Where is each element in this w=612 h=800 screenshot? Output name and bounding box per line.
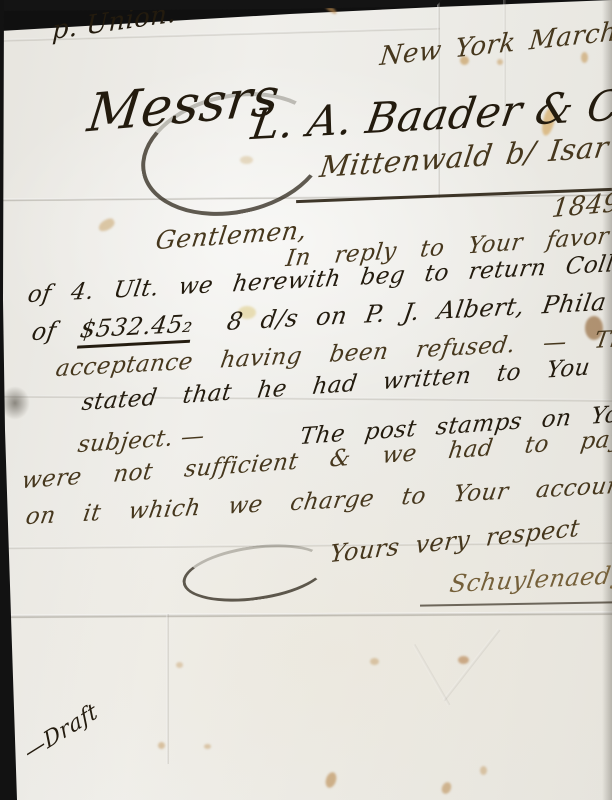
- stain: [458, 656, 469, 664]
- scanned-letter: p. Union. New York March 3. Messrs L. A.…: [0, 0, 612, 800]
- stain: [370, 658, 379, 665]
- address-year: 1849: [550, 188, 612, 224]
- stain: [158, 742, 165, 749]
- stain: [176, 662, 183, 668]
- amount-underlined: $532.45₂: [77, 309, 195, 348]
- fold-crease: [166, 614, 169, 764]
- stain: [204, 744, 211, 749]
- stain: [497, 59, 503, 65]
- scan-edge-top: [0, 0, 442, 11]
- stain: [480, 766, 487, 775]
- stain: [581, 52, 588, 63]
- amount-prefix: of: [30, 317, 59, 347]
